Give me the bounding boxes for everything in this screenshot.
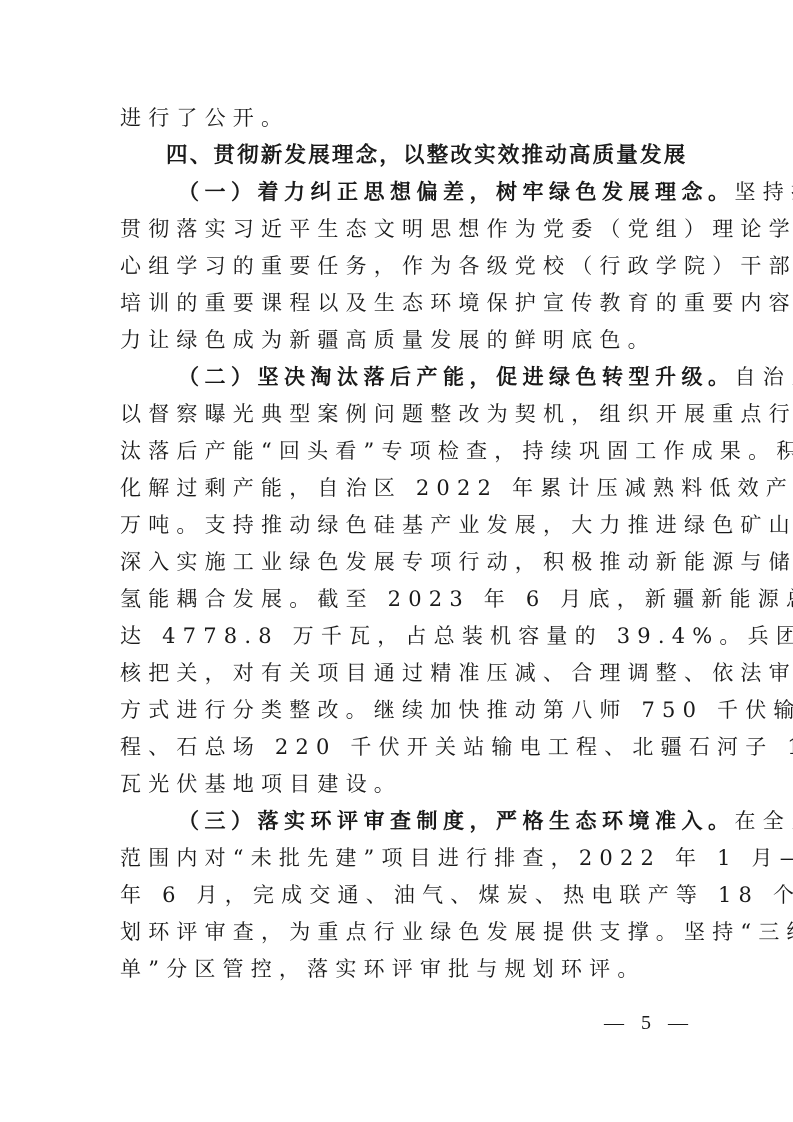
paragraph-2-line: 瓦光伏基地项目建设。 — [120, 766, 674, 803]
paragraph-2-line: 程、石总场 220 千伏开关站输电工程、北疆石河子 100 万千 — [120, 729, 674, 766]
paragraph-3-lead: （三）落实环评审查制度，严格生态环境准入。 — [178, 809, 735, 833]
paragraph-1-text: 坚持把 — [735, 180, 793, 204]
body-text: 进行了公开。 四、贯彻新发展理念，以整改实效推动高质量发展 （一）着力纠正思想偏… — [120, 100, 674, 988]
section-heading: 四、贯彻新发展理念，以整改实效推动高质量发展 — [120, 137, 674, 174]
paragraph-2-line: 氢能耦合发展。截至 2023 年 6 月底，新疆新能源总装机量 — [120, 581, 674, 618]
paragraph-3-line: 年 6 月，完成交通、油气、煤炭、热电联产等 18 个专项规 — [120, 877, 674, 914]
paragraph-3-line: 划环评审查，为重点行业绿色发展提供支撑。坚持“三线一 — [120, 914, 674, 951]
paragraph-2-line: 方式进行分类整改。继续加快推动第八师 750 千伏输变电工 — [120, 692, 674, 729]
paragraph-2-text: 自治区 — [735, 365, 793, 389]
continuation-line: 进行了公开。 — [120, 100, 674, 137]
paragraph-3-line: 单”分区管控，落实环评审批与规划环评。 — [120, 951, 674, 988]
paragraph-2-lead: （二）坚决淘汰落后产能，促进绿色转型升级。 — [178, 365, 735, 389]
paragraph-1-line: 培训的重要课程以及生态环境保护宣传教育的重要内容，努 — [120, 285, 674, 322]
paragraph-2-line: 深入实施工业绿色发展专项行动，积极推动新能源与储能、 — [120, 544, 674, 581]
paragraph-2-line: 万吨。支持推动绿色硅基产业发展，大力推进绿色矿山创建， — [120, 507, 674, 544]
paragraph-2-line: 汰落后产能“回头看”专项检查，持续巩固工作成果。积极 — [120, 433, 674, 470]
paragraph-2-line: 达 4778.8 万千瓦，占总装机容量的 39.4%。兵团严格项目审 — [120, 618, 674, 655]
document-page: 进行了公开。 四、贯彻新发展理念，以整改实效推动高质量发展 （一）着力纠正思想偏… — [0, 0, 793, 1122]
paragraph-1-lead: （一）着力纠正思想偏差，树牢绿色发展理念。 — [178, 180, 735, 204]
paragraph-2-line: 化解过剩产能，自治区 2022 年累计压减熟料低效产能 218 — [120, 470, 674, 507]
paragraph-2-first-line: （二）坚决淘汰落后产能，促进绿色转型升级。自治区 — [120, 359, 674, 396]
page-number: — 5 — — [604, 1012, 694, 1035]
paragraph-1-line: 贯彻落实习近平生态文明思想作为党委（党组）理论学习中 — [120, 211, 674, 248]
paragraph-3-first-line: （三）落实环评审查制度，严格生态环境准入。在全区 — [120, 803, 674, 840]
paragraph-3-text: 在全区 — [735, 809, 793, 833]
paragraph-1-line: 力让绿色成为新疆高质量发展的鲜明底色。 — [120, 322, 674, 359]
paragraph-1-first-line: （一）着力纠正思想偏差，树牢绿色发展理念。坚持把 — [120, 174, 674, 211]
paragraph-3-line: 范围内对“未批先建”项目进行排查，2022 年 1 月—2023 — [120, 840, 674, 877]
paragraph-2-line: 核把关，对有关项目通过精准压减、合理调整、依法审批等 — [120, 655, 674, 692]
paragraph-1-line: 心组学习的重要任务，作为各级党校（行政学院）干部教育 — [120, 248, 674, 285]
paragraph-2-line: 以督察曝光典型案例问题整改为契机，组织开展重点行业淘 — [120, 396, 674, 433]
